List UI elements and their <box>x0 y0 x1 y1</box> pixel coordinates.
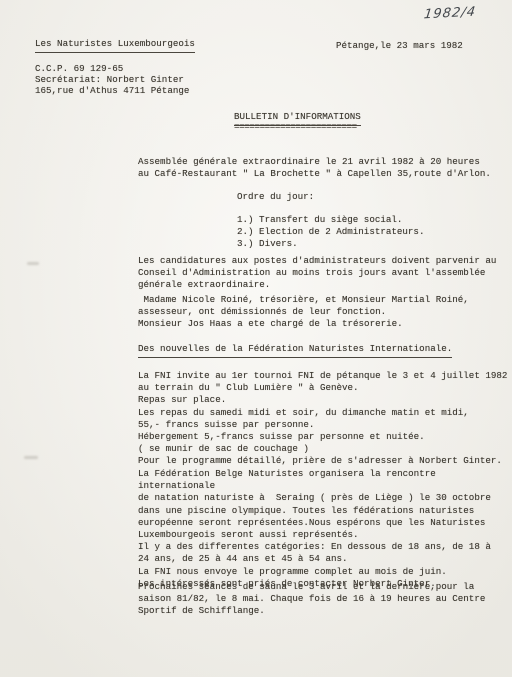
handwritten-filing-number: 1982/4 <box>423 7 477 22</box>
sender-address-line: 165,rue d'Athus 4711 Pétange <box>35 85 189 97</box>
meeting-notice-paragraph: Assemblée générale extraordinaire le 21 … <box>138 156 506 180</box>
sauna-paragraph: Prochaines séances de sauna le 3 avril e… <box>138 581 510 618</box>
title-equals-rule: ======================== <box>234 124 366 130</box>
candidatures-paragraph: Les candidatures aux postes d'administra… <box>138 255 508 292</box>
resignations-paragraph: Madame Nicole Roiné, trésorière, et Mons… <box>138 294 508 331</box>
scan-smudge-mark <box>24 456 38 459</box>
fni-section-heading: Des nouvelles de la Fédération Naturiste… <box>138 343 452 358</box>
dateline: Pétange,le 23 mars 1982 <box>336 40 463 52</box>
agenda-label: Ordre du jour: <box>237 191 314 203</box>
natation-paragraph: La Fédération Belge Naturistes organiser… <box>138 468 512 590</box>
scan-smudge-mark <box>27 262 39 265</box>
agenda-item-2: 2.) Election de 2 Administrateurs. <box>237 226 424 238</box>
scanned-letter-page: 1982/4 Les Naturistes Luxembourgeois C.C… <box>0 0 512 677</box>
agenda-item-1: 1.) Transfert du siège social. <box>237 214 402 226</box>
petanque-paragraph: La FNI invite au 1er tournoi FNI de péta… <box>138 370 510 468</box>
agenda-item-3: 3.) Divers. <box>237 238 298 250</box>
sender-organization: Les Naturistes Luxembourgeois <box>35 38 195 53</box>
